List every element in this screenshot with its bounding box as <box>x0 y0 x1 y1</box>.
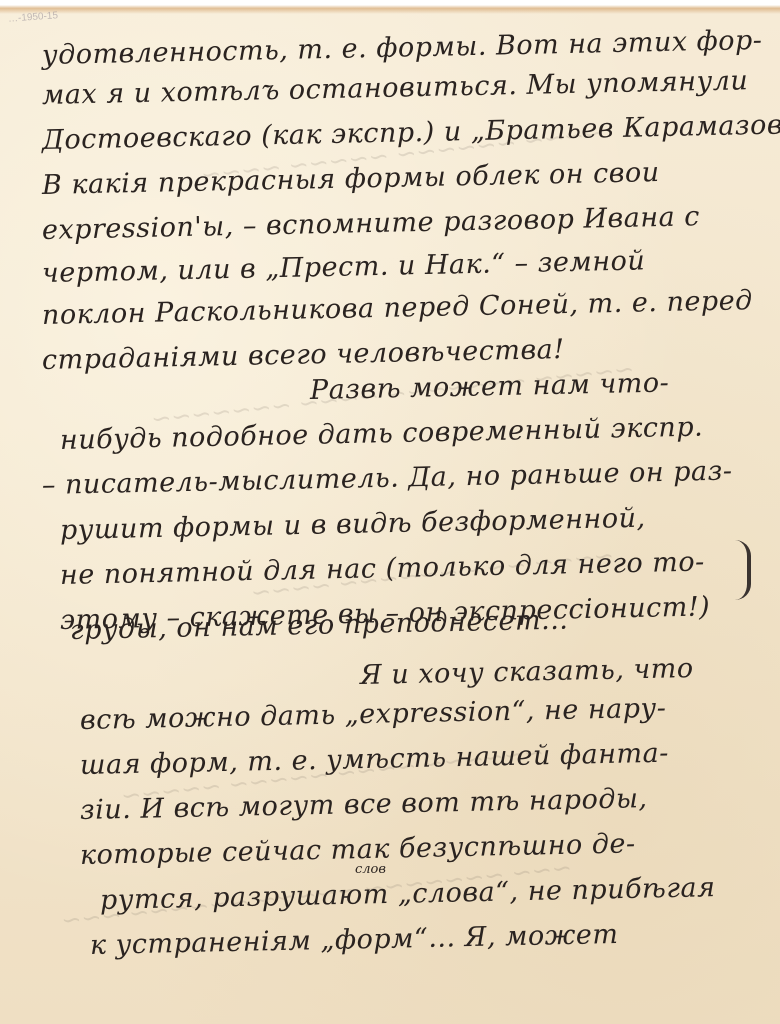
text-line-18: шая форм, т. е. умѣсть нашей фанта- <box>80 738 669 781</box>
text-line-12: рушит формы и в видѣ безформенной, <box>60 503 646 546</box>
text-line-9: Развѣ может нам что- <box>310 367 670 406</box>
text-line-21: рутся, разрушают „слова“, не прибѣгая <box>100 872 716 916</box>
text-line-7: поклон Раскольникова перед Соней, т. е. … <box>42 285 753 331</box>
text-line-2: мах я и хотѣлъ остановиться. Мы упомянул… <box>42 65 749 111</box>
text-line-17: всѣ можно дать „expression“, не нару- <box>80 693 667 736</box>
text-line-1: удотвленность, т. е. формы. Вот на этих … <box>42 25 763 71</box>
bracket-mark <box>735 540 751 600</box>
letter-page: …-1950-15 ~~~~ ~~~~~~ ~~~~~ ~~~~ ~~~~~ ~… <box>0 0 780 1024</box>
text-line-22: к устраненіям „форм“... Я, может <box>90 919 619 961</box>
text-line-6: чертом, или в „Прест. и Нак.“ – земной <box>42 245 646 289</box>
text-line-5: expression'ы, – вспомните разговор Ивана… <box>42 201 701 246</box>
superscript-insert: слов <box>355 862 386 877</box>
text-line-4: В какія прекрасныя формы облек он свои <box>42 157 660 201</box>
text-line-16: Я и хочу сказать, что <box>360 653 694 691</box>
archive-number: …-1950-15 <box>8 10 59 24</box>
torn-top-edge <box>0 0 780 14</box>
text-line-11: – писатель-мыслитель. Да, но раньше он р… <box>42 456 733 501</box>
